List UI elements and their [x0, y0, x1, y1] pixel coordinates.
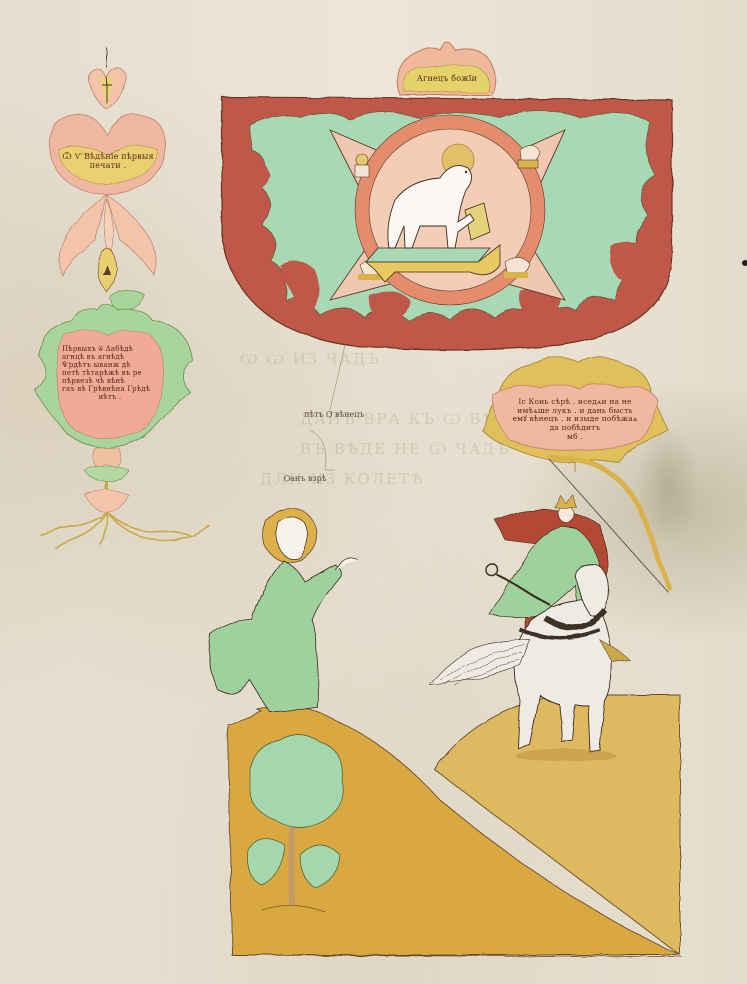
- annotation-above: пѣтъ Ѻ҇ вѣнецъ: [304, 410, 365, 419]
- manuscript-page: Ѡ Ѡ ИЗ ЧАДЪ ДАНЪ ВРА КЪ Ѡ ВѢ ВЪ ВѢДЕ НЕ …: [0, 0, 747, 984]
- caption-line: петѣ тѣтарѣжѣ въ ре: [62, 369, 158, 377]
- illumination-artwork: [0, 0, 747, 984]
- evangelist-symbol-angel: [355, 154, 369, 177]
- caption-line: Ѿ Ѵ҇ Вѣдѣнїе пѣрвыя: [58, 152, 158, 161]
- left-upper-cartouche-caption: Ѿ Ѵ҇ Вѣдѣнїе пѣрвыя печати .: [58, 152, 158, 170]
- top-cartouche-caption: Агнецъ божїи: [402, 74, 492, 83]
- top-cartouche: [398, 43, 495, 96]
- left-ornament-column: [35, 48, 210, 548]
- caption-line: Пѣрвыхъ ѿ Δабѣдѣ: [62, 345, 158, 353]
- caption-line: Ѱрдѣтъ ыванж дѣ: [62, 361, 158, 369]
- caption-line: печати .: [58, 161, 158, 170]
- caption-line: мб .: [500, 433, 650, 442]
- annotation-ioan: Ѻанъ взрѣ: [284, 474, 327, 483]
- evangelist-symbol-eagle: [518, 145, 540, 168]
- left-lower-cartouche-caption: Пѣрвыхъ ѿ Δабѣдѣ агнцѣ въ агнѣдѣ Ѱрдѣтъ …: [62, 345, 158, 401]
- caption-line: иѣтъ .: [62, 393, 158, 401]
- caption-line: агнцѣ въ агнѣдѣ: [62, 353, 158, 361]
- saint-john: [209, 508, 358, 712]
- evangelist-symbol-ox: [504, 257, 530, 278]
- right-cartouche-caption: Іс Конь сѣрѣ . иседѧи на не имѣѧше лукъ …: [500, 398, 650, 441]
- caption-line: пѣрвезѣ чѣ вѣнѣ: [62, 377, 158, 385]
- caption-line: гаъ вѣ Грѣвнѣна Грѣдѣ: [62, 385, 158, 393]
